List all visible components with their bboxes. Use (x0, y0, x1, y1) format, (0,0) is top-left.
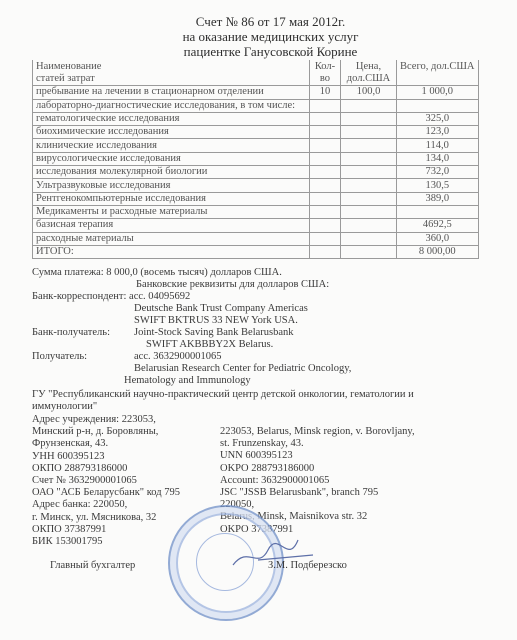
detail-line: БИК 153001795 (32, 536, 103, 549)
institution-name-2: иммунологии" (32, 401, 97, 414)
cell-qty (310, 152, 341, 165)
recipient-label: Получатель: (32, 351, 87, 364)
cell-name: базисная терапия (33, 219, 310, 232)
cell-qty (310, 192, 341, 205)
table-row: Ультразвуковые исследования130,5 (33, 179, 479, 192)
detail-line: Минский р-н, д. Боровляны, (32, 426, 158, 439)
table-row: лабораторно-диагностические исследования… (33, 99, 479, 112)
cell-qty (310, 245, 341, 258)
cell-price (341, 179, 397, 192)
beneficiary-bank-label: Банк-получатель: (32, 327, 110, 340)
cell-name: лабораторно-диагностические исследования… (33, 99, 310, 112)
cell-price (341, 205, 397, 218)
institution-name-1: ГУ "Республиканский научно-практический … (32, 389, 414, 402)
detail-line: ОАО "АСБ Беларусбанк" код 795 (32, 487, 180, 500)
table-row: расходные материалы360,0 (33, 232, 479, 245)
recipient-account: acc. 3632900001065 (134, 351, 221, 364)
chief-accountant-title: Главный бухгалтер (50, 560, 135, 573)
cell-price (341, 99, 397, 112)
cell-price (341, 112, 397, 125)
header-price: Цена, (341, 60, 397, 73)
cell-price (341, 219, 397, 232)
detail-line: 223053, Belarus, Minsk region, v. Borovl… (220, 426, 415, 439)
cell-total (397, 205, 479, 218)
detail-line: OKPO 288793186000 (220, 463, 314, 476)
cell-name: вирусологические исследования (33, 152, 310, 165)
table-row: Медикаменты и расходные материалы (33, 205, 479, 218)
cell-total: 123,0 (397, 126, 479, 139)
table-header-row-2: статей затрат во дол.США (33, 73, 479, 86)
cell-name: биохимические исследования (33, 126, 310, 139)
cell-name: расходные материалы (33, 232, 310, 245)
cell-price: 100,0 (341, 86, 397, 99)
cell-total: 389,0 (397, 192, 479, 205)
detail-line: st. Frunzenskay, 43. (220, 438, 304, 451)
header-name: Наименование (33, 60, 310, 73)
detail-line: Адрес банка: 220050, (32, 499, 127, 512)
cell-qty (310, 179, 341, 192)
cell-total: 130,5 (397, 179, 479, 192)
cell-total: 360,0 (397, 232, 479, 245)
table-row: исследования молекулярной биологии732,0 (33, 166, 479, 179)
detail-line: Фрунзенская, 43. (32, 438, 108, 451)
cell-name: пребывание на лечении в стационарном отд… (33, 86, 310, 99)
cell-total: 325,0 (397, 112, 479, 125)
recipient-name-1: Belarusian Research Center for Pediatric… (134, 363, 351, 376)
detail-line: Адрес учреждения: 223053, (32, 414, 156, 427)
cell-price (341, 232, 397, 245)
detail-line: УНН 600395123 (32, 451, 104, 464)
table-row: клинические исследования114,0 (33, 139, 479, 152)
header-qty-2: во (310, 73, 341, 86)
correspondent-swift: SWIFT BKTRUS 33 NEW York USA. (134, 315, 298, 328)
cell-qty (310, 139, 341, 152)
chief-accountant-name: З.М. Подберезско (268, 560, 347, 573)
table-row: биохимические исследования123,0 (33, 126, 479, 139)
patient-line: пациентке Ганусовской Корине (12, 44, 517, 59)
cell-name: Рентгенокомпьютерные исследования (33, 192, 310, 205)
cell-name: Ультразвуковые исследования (33, 179, 310, 192)
cell-qty (310, 126, 341, 139)
cell-qty (310, 166, 341, 179)
table-row: ИТОГО:8 000,00 (33, 245, 479, 258)
detail-line: UNN 600395123 (220, 450, 293, 463)
cell-total: 1 000,0 (397, 86, 479, 99)
cell-qty: 10 (310, 86, 341, 99)
cell-name: клинические исследования (33, 139, 310, 152)
bank-details-title: Банковские реквизиты для долларов США: (136, 279, 329, 292)
header-total-2 (397, 73, 479, 86)
cell-price (341, 245, 397, 258)
cell-name: Медикаменты и расходные материалы (33, 205, 310, 218)
table-row: базисная терапия4692,5 (33, 219, 479, 232)
table-row: Рентгенокомпьютерные исследования389,0 (33, 192, 479, 205)
detail-line: ОКПО 288793186000 (32, 463, 127, 476)
correspondent-bank: Банк-корреспондент: acc. 04095692 (32, 291, 190, 304)
cell-total: 134,0 (397, 152, 479, 165)
header-name-2: статей затрат (33, 73, 310, 86)
detail-line: г. Минск, ул. Мясникова, 32 (32, 512, 156, 525)
recipient-name-2: Hematology and Immunology (124, 375, 251, 388)
invoice-table: Наименование Кол- Цена, Всего, дол.США с… (32, 60, 479, 259)
cell-qty (310, 205, 341, 218)
cell-name: ИТОГО: (33, 245, 310, 258)
cell-qty (310, 99, 341, 112)
cell-price (341, 152, 397, 165)
cell-total (397, 99, 479, 112)
cell-price (341, 139, 397, 152)
beneficiary-bank-name: Joint-Stock Saving Bank Belarusbank (134, 327, 294, 340)
payment-sum: Сумма платежа: 8 000,0 (восемь тысяч) до… (32, 267, 282, 280)
detail-line: Счет № 3632900001065 (32, 475, 137, 488)
detail-line: JSC "JSSB Belarusbank", branch 795 (220, 487, 378, 500)
cell-name: гематологические исследования (33, 112, 310, 125)
cell-name: исследования молекулярной биологии (33, 166, 310, 179)
cell-total: 4692,5 (397, 219, 479, 232)
header-qty: Кол- (310, 60, 341, 73)
header-total: Всего, дол.США (397, 60, 479, 73)
cell-qty (310, 232, 341, 245)
correspondent-name: Deutsche Bank Trust Company Americas (134, 303, 308, 316)
invoice-title: Счет № 86 от 17 мая 2012г. (12, 14, 517, 29)
cell-qty (310, 219, 341, 232)
cell-qty (310, 112, 341, 125)
cell-price (341, 166, 397, 179)
beneficiary-bank-swift: SWIFT AKBBBY2X Belarus. (146, 339, 273, 352)
invoice-subtitle: на оказание медицинских услуг (12, 29, 517, 44)
detail-line: ОКПО 37387991 (32, 524, 106, 537)
cell-total: 8 000,00 (397, 245, 479, 258)
detail-line: Account: 3632900001065 (220, 475, 329, 488)
table-row: вирусологические исследования134,0 (33, 152, 479, 165)
cell-price (341, 126, 397, 139)
cell-total: 732,0 (397, 166, 479, 179)
table-row: пребывание на лечении в стационарном отд… (33, 86, 479, 99)
cell-total: 114,0 (397, 139, 479, 152)
table-row: гематологические исследования325,0 (33, 112, 479, 125)
header-price-2: дол.США (341, 73, 397, 86)
table-header-row: Наименование Кол- Цена, Всего, дол.США (33, 60, 479, 73)
cell-price (341, 192, 397, 205)
